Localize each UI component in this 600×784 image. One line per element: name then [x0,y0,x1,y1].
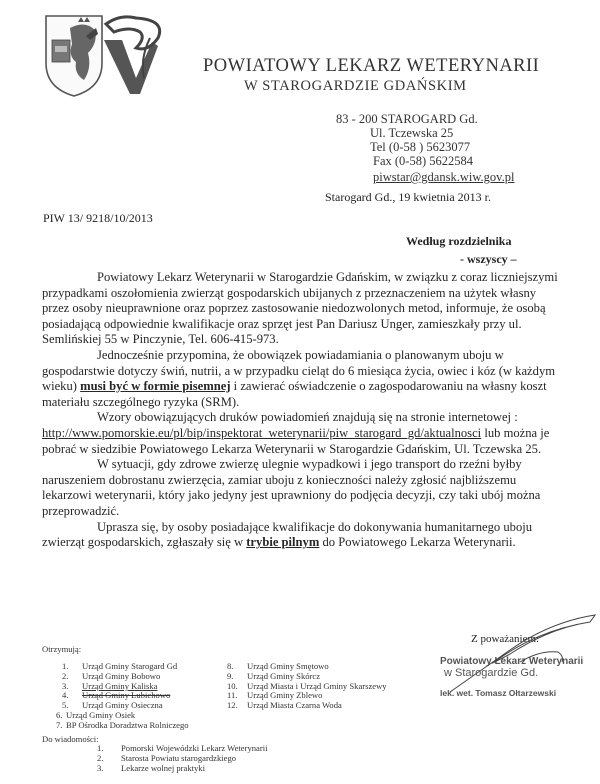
paragraph-4: W sytuacji, gdy zdrowe zwierzę ulegnie w… [42,457,562,519]
cc-list: 1.Pomorski Wojewódzki Lekarz Weterynarii… [97,744,268,773]
logo [40,8,175,98]
letter-date: Starogard Gd., 19 kwietnia 2013 r. [325,190,491,205]
reference-number: PIW 13/ 9218/10/2013 [43,211,153,226]
paragraph-5: Uprasza się, by osoby posiadające kwalif… [42,520,562,551]
distribution-scope: - wszyscy – [460,252,517,267]
address-email-link[interactable]: piwstar@gdansk.wiw.gov.pl [373,170,514,185]
recipient-item: 12.Urząd Miasta Czarna Woda [227,701,387,711]
paragraph-3-text: Wzory obowiązujących druków powiadomień … [97,410,518,424]
recipients-list-left: 1.Urząd Gminy Starogard Gd 2.Urząd Gminy… [62,662,189,731]
signature-icon [440,610,600,700]
recipient-item: 7.BP Ośrodka Doradztwa Rolniczego [56,721,189,731]
recipients-label: Otrzymują: [42,645,81,655]
letter-body: Powiatowy Lekarz Weterynarii w Starogard… [42,270,562,551]
item-text: Urząd Miasta Czarna Woda [247,701,342,711]
emphasis-urgent: trybie pilnym [246,535,319,549]
address-postcode-city: 83 - 200 STAROGARD Gd. [336,112,478,127]
office-title: POWIATOWY LEKARZ WETERYNARII [203,56,539,77]
item-number: 7. [56,721,66,731]
item-text: BP Ośrodka Doradztwa Rolniczego [66,721,189,731]
paragraph-2: Jednocześnie przypomina, że obowiązek po… [42,348,562,410]
cc-item: 3.Lekarze wolnej praktyki [97,764,268,774]
paragraph-1: Powiatowy Lekarz Weterynarii w Starogard… [42,270,562,348]
cc-label: Do wiadomości: [42,735,99,745]
distribution-heading: Według rozdzielnika [406,234,511,249]
forms-website-link[interactable]: http://www.pomorskie.eu/pl/bip/inspektor… [42,426,481,440]
item-text: Lekarze wolnej praktyki [121,764,205,774]
item-number: 3. [97,764,121,774]
item-number: 12. [227,701,247,711]
office-subtitle: W STAROGARDZIE GDAŃSKIM [244,78,467,95]
paragraph-5-text-end: do Powiatowego Lekarza Weterynarii. [319,535,515,549]
emphasis-written-form: musi być w formie pisemnej [80,379,230,393]
veterinary-snake-icon [104,17,160,94]
coat-of-arms-icon [46,16,102,96]
paragraph-3: Wzory obowiązujących druków powiadomień … [42,410,562,457]
address-street: Ul. Tczewska 25 [370,126,453,141]
address-fax: Fax (0-58) 5622584 [373,154,473,169]
address-phone: Tel (0-58 ) 5623077 [370,140,470,155]
recipients-list-right: 8.Urząd Gminy Smętowo 9.Urząd Gminy Skór… [227,662,387,711]
